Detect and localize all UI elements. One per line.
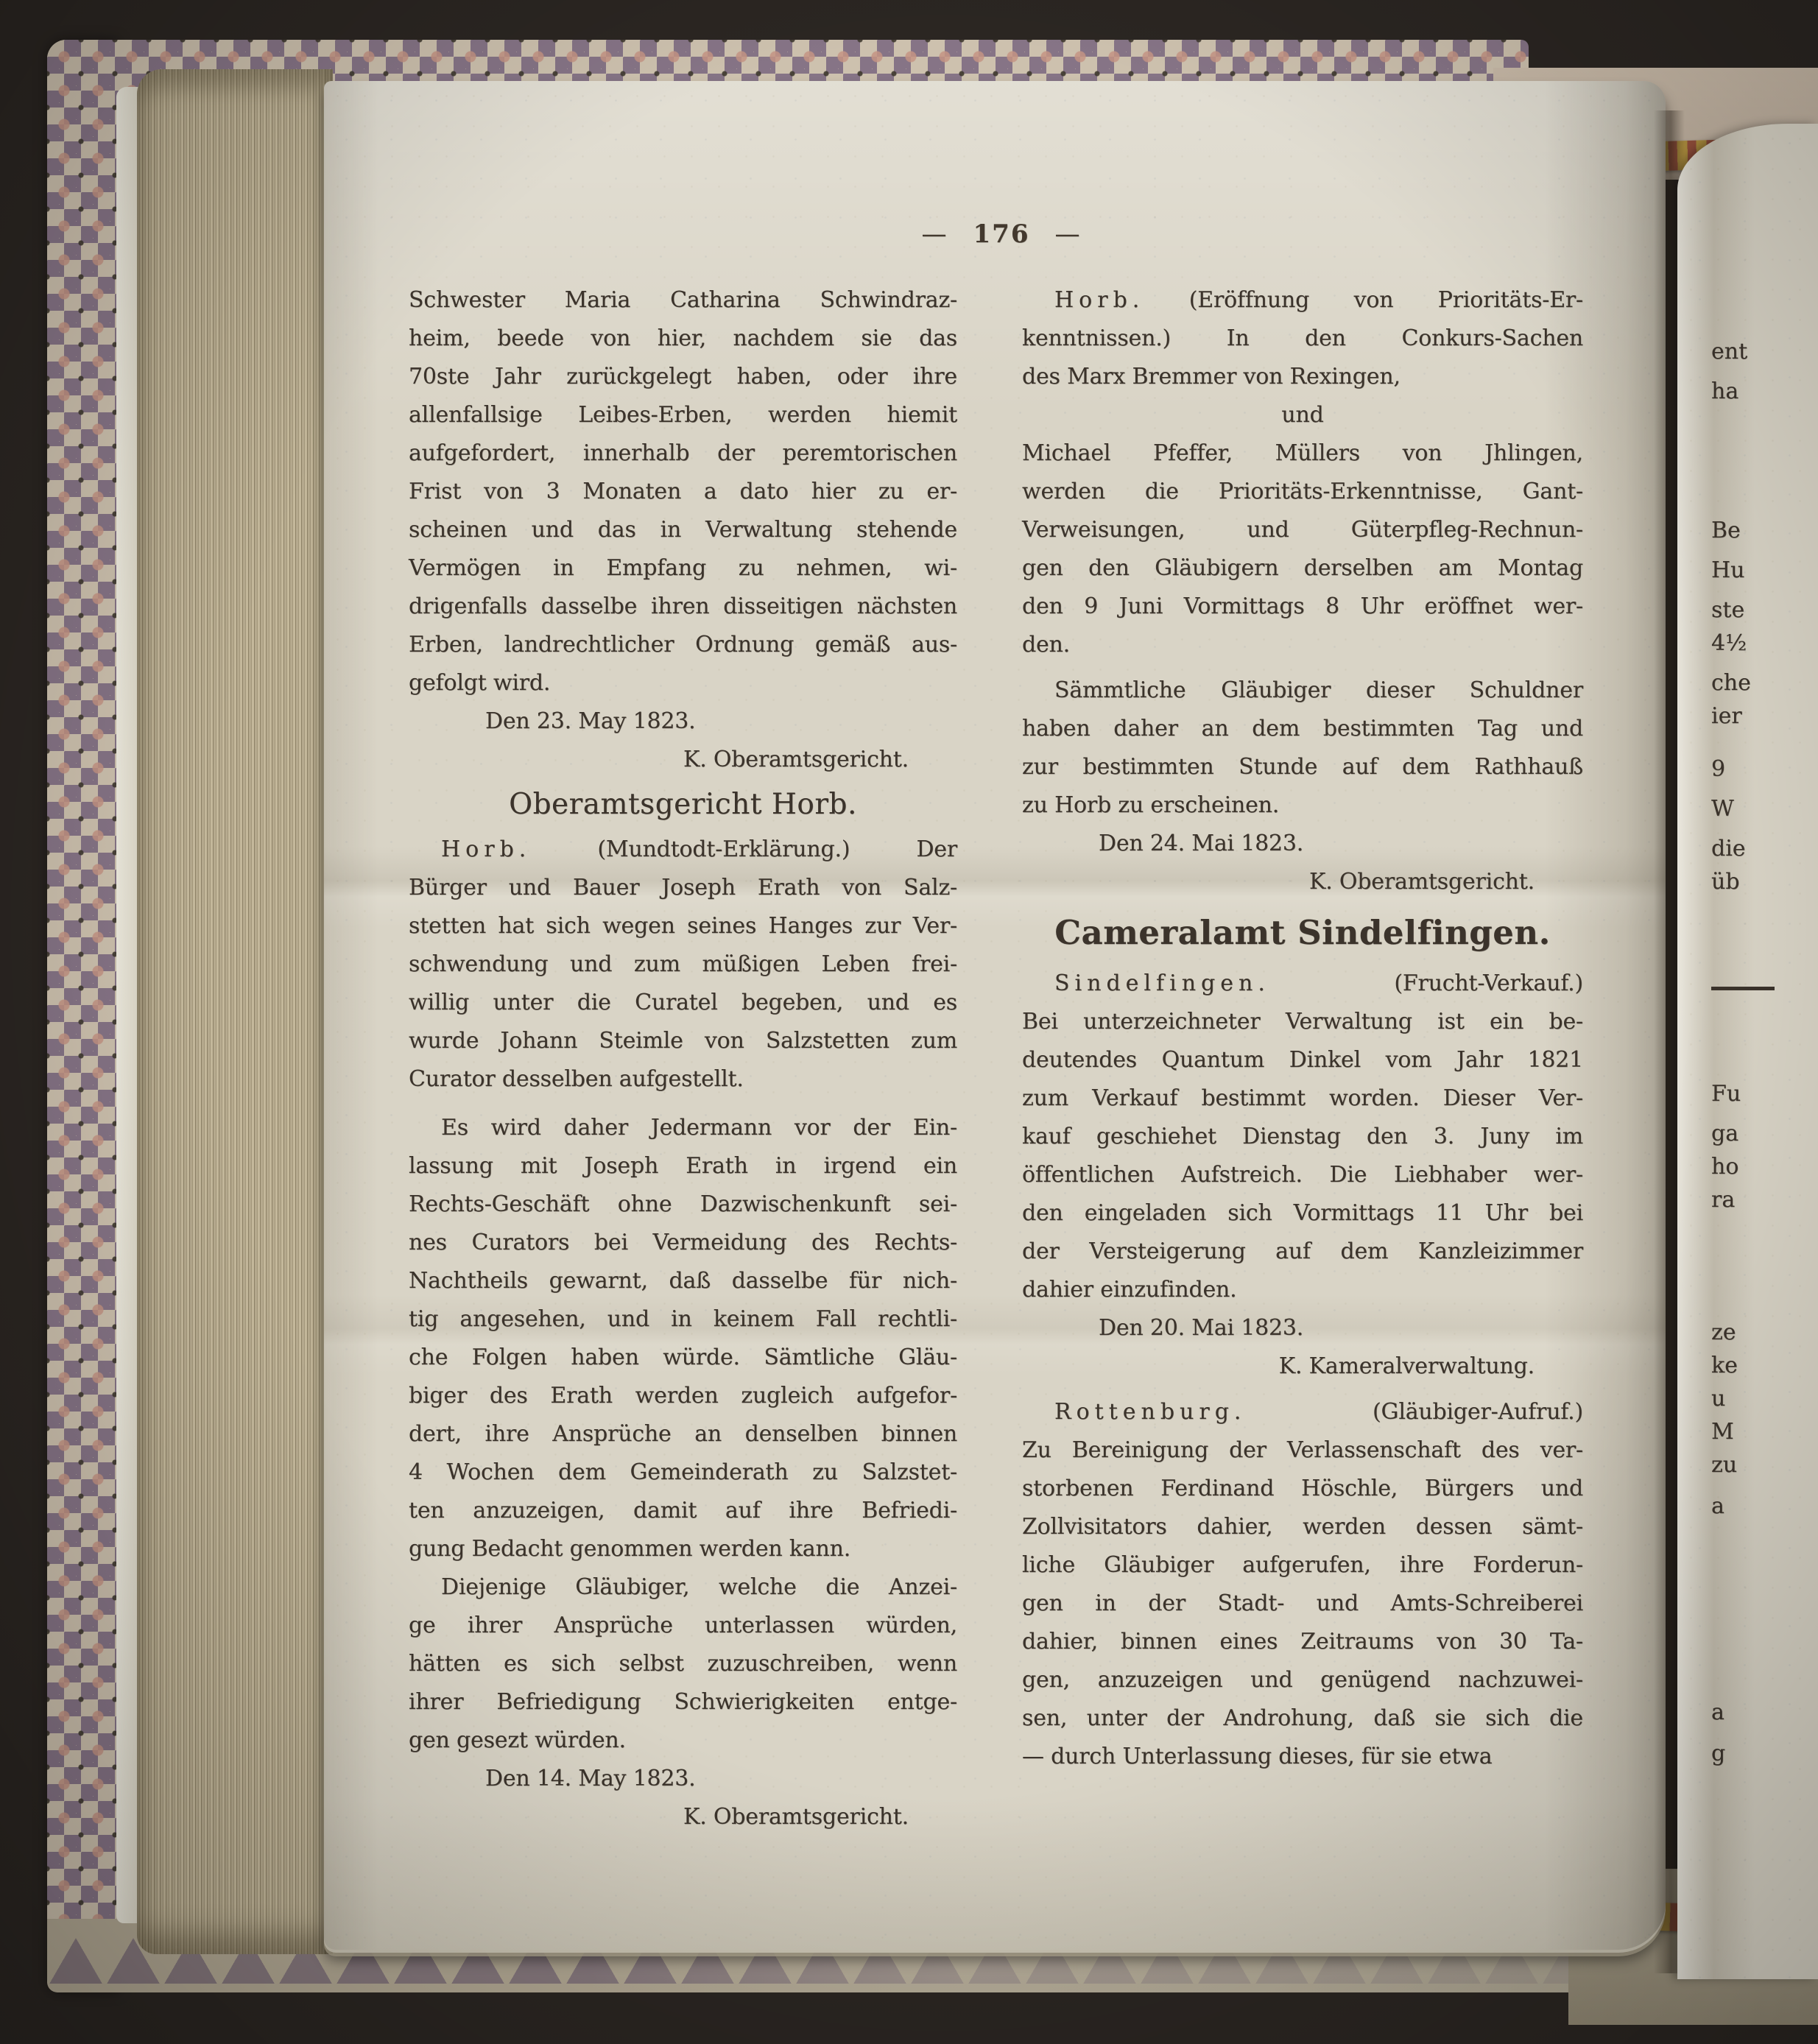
text-line: Erben, landrechtlicher Ordnung gemäß aus…	[409, 626, 957, 664]
text-line: Horb. (Mundtodt-Erklärung.) Der	[409, 831, 957, 869]
text-line: Horb. (Eröffnung von Prioritäts-Er-	[1022, 281, 1583, 320]
text-line: nes Curators bei Vermeidung des Rechts-	[409, 1224, 957, 1262]
text-line: Sämmtliche Gläubiger dieser Schuldner	[1022, 672, 1583, 710]
text-line: der Versteigerung auf dem Kanzleizimmer	[1022, 1233, 1583, 1271]
text-line: zu Horb zu erscheinen.	[1022, 786, 1583, 825]
text-line: heim, beede von hier, nachdem sie das	[409, 320, 957, 358]
text-line: ihrer Befriedigung Schwierigkeiten entge…	[409, 1683, 957, 1721]
header-dash-right: —	[1054, 219, 1081, 249]
dateline: Den 20. Mai 1823.	[1022, 1309, 1583, 1347]
text-line: werden die Prioritäts-Erkenntnisse, Gant…	[1022, 473, 1583, 511]
text-line: Zollvisitators dahier, werden dessen säm…	[1022, 1508, 1583, 1546]
spacer	[1022, 664, 1583, 672]
text-line: Diejenige Gläubiger, welche die Anzei-	[409, 1568, 957, 1607]
signature: K. Kameralverwaltung.	[1022, 1347, 1583, 1386]
page-number: 176	[948, 219, 1055, 249]
text-line: hätten es sich selbst zuzuschreiben, wen…	[409, 1645, 957, 1683]
text-line: storbenen Ferdinand Höschle, Bürgers und	[1022, 1470, 1583, 1508]
text-line: Bei unterzeichneter Verwaltung ist ein b…	[1022, 1003, 1583, 1041]
text-columns: Schwester Maria Catharina Schwindraz-hei…	[409, 281, 1583, 1836]
text-line: aufgefordert, innerhalb der peremtorisch…	[409, 434, 957, 473]
page-header: —176—	[409, 219, 1594, 249]
text-line: 4 Wochen dem Gemeinderath zu Salzstet-	[409, 1453, 957, 1492]
next-page-sliver	[1677, 124, 1818, 1979]
text-line: Rechts-Geschäft ohne Dazwischenkunft sei…	[409, 1185, 957, 1224]
page-stack-fore-edge	[137, 69, 333, 1954]
text-line: liche Gläubiger aufgerufen, ihre Forderu…	[1022, 1546, 1583, 1585]
text-line: zum Verkauf bestimmt worden. Dieser Ver-	[1022, 1079, 1583, 1118]
page-edge-sliver	[116, 87, 138, 1923]
dateline: Den 24. Mai 1823.	[1022, 825, 1583, 863]
text-line: dahier einzufinden.	[1022, 1271, 1583, 1309]
spaced-keyword: Rottenburg.	[1054, 1399, 1246, 1425]
text-line: sen, unter der Androhung, daß sie sich d…	[1022, 1699, 1583, 1738]
text-line: kauf geschiehet Dienstag den 3. Juny im	[1022, 1118, 1583, 1156]
section-heading: Oberamtsgericht Horb.	[409, 779, 957, 831]
text-line: drigenfalls dasselbe ihren disseitigen n…	[409, 588, 957, 626]
text-line: che Folgen haben würde. Sämtliche Gläu-	[409, 1339, 957, 1377]
spaced-keyword: Horb.	[441, 836, 531, 862]
text-line: Bürger und Bauer Joseph Erath von Salz-	[409, 869, 957, 907]
signature: K. Oberamtsgericht.	[409, 741, 957, 779]
text-line: öffentlichen Aufstreich. Die Liebhaber w…	[1022, 1156, 1583, 1194]
text-line: tig angesehen, und in keinem Fall rechtl…	[409, 1300, 957, 1339]
text-column-right: Horb. (Eröffnung von Prioritäts-Er-kennt…	[1022, 281, 1583, 1836]
text-line: scheinen und das in Verwaltung stehende	[409, 511, 957, 549]
text-line: den eingeladen sich Vormittags 11 Uhr be…	[1022, 1194, 1583, 1233]
dateline: Den 23. May 1823.	[409, 702, 957, 741]
spaced-keyword: Sindelfingen.	[1054, 970, 1270, 996]
text-line: schwendung und zum müßigen Leben frei-	[409, 945, 957, 984]
text-line: Nachtheils gewarnt, daß dasselbe für nic…	[409, 1262, 957, 1300]
text-line: deutendes Quantum Dinkel vom Jahr 1821	[1022, 1041, 1583, 1079]
dateline: Den 14. May 1823.	[409, 1760, 957, 1798]
text-line: Curator desselben aufgestellt.	[409, 1060, 957, 1099]
text-line: Verweisungen, und Güterpfleg-Rechnun-	[1022, 511, 1583, 549]
text-line: willig unter die Curatel begeben, und es	[409, 984, 957, 1022]
text-line: Sindelfingen. (Frucht-Verkauf.)	[1022, 965, 1583, 1003]
left-page: —176— Schwester Maria Catharina Schwindr…	[324, 81, 1666, 1950]
signature: K. Oberamtsgericht.	[409, 1798, 957, 1836]
text-line: gen in der Stadt- und Amts-Schreiberei	[1022, 1585, 1583, 1623]
header-dash-left: —	[922, 219, 948, 249]
text-line: dert, ihre Ansprüche an denselben binnen	[409, 1415, 957, 1453]
text-line: stetten hat sich wegen seines Hanges zur…	[409, 907, 957, 945]
center-word: und	[1022, 396, 1583, 434]
text-line: allenfallsige Leibes-Erben, werden hiemi…	[409, 396, 957, 434]
text-line: des Marx Bremmer von Rexingen,	[1022, 358, 1583, 396]
text-line: Rottenburg. (Gläubiger-Aufruf.)	[1022, 1393, 1583, 1431]
book-scan-stage: —176— Schwester Maria Catharina Schwindr…	[0, 0, 1818, 2044]
text-line: — durch Unterlassung dieses, für sie etw…	[1022, 1738, 1583, 1776]
text-line: ten anzuzeigen, damit auf ihre Befriedi-	[409, 1492, 957, 1530]
text-column-left: Schwester Maria Catharina Schwindraz-hei…	[409, 281, 957, 1836]
text-line: Zu Bereinigung der Verlassenschaft des v…	[1022, 1431, 1583, 1470]
text-line: wurde Johann Steimle von Salzstetten zum	[409, 1022, 957, 1060]
text-line: gefolgt wird.	[409, 664, 957, 702]
text-line: Frist von 3 Monaten a dato hier zu er-	[409, 473, 957, 511]
text-line: kenntnissen.) In den Conkurs-Sachen	[1022, 320, 1583, 358]
text-line: gung Bedacht genommen werden kann.	[409, 1530, 957, 1568]
text-line: den 9 Juni Vormittags 8 Uhr eröffnet wer…	[1022, 588, 1583, 626]
text-line: haben daher an dem bestimmten Tag und	[1022, 710, 1583, 748]
book-cover-left-band	[47, 40, 118, 1992]
text-line: den.	[1022, 626, 1583, 664]
text-line: Es wird daher Jedermann vor der Ein-	[409, 1109, 957, 1147]
text-line: 70ste Jahr zurückgelegt haben, oder ihre	[409, 358, 957, 396]
text-line: Michael Pfeffer, Müllers von Jhlingen,	[1022, 434, 1583, 473]
signature: K. Oberamtsgericht.	[1022, 863, 1583, 901]
text-line: zur bestimmten Stunde auf dem Rathhauß	[1022, 748, 1583, 786]
section-heading-large: Cameralamt Sindelfingen.	[1022, 901, 1583, 965]
text-line: dahier, binnen eines Zeitraums von 30 Ta…	[1022, 1623, 1583, 1661]
text-line: lassung mit Joseph Erath in irgend ein	[409, 1147, 957, 1185]
text-line: gen gesezt würden.	[409, 1721, 957, 1760]
text-line: Schwester Maria Catharina Schwindraz-	[409, 281, 957, 320]
spacer	[1022, 1386, 1583, 1393]
spacer	[409, 1099, 957, 1109]
text-line: biger des Erath werden zugleich aufgefor…	[409, 1377, 957, 1415]
text-line: ge ihrer Ansprüche unterlassen würden,	[409, 1607, 957, 1645]
text-line: Vermögen in Empfang zu nehmen, wi-	[409, 549, 957, 588]
text-line: gen, anzuzeigen und genügend nachzuwei-	[1022, 1661, 1583, 1699]
text-line: gen den Gläubigern derselben am Montag	[1022, 549, 1583, 588]
spaced-keyword: Horb.	[1054, 287, 1144, 313]
